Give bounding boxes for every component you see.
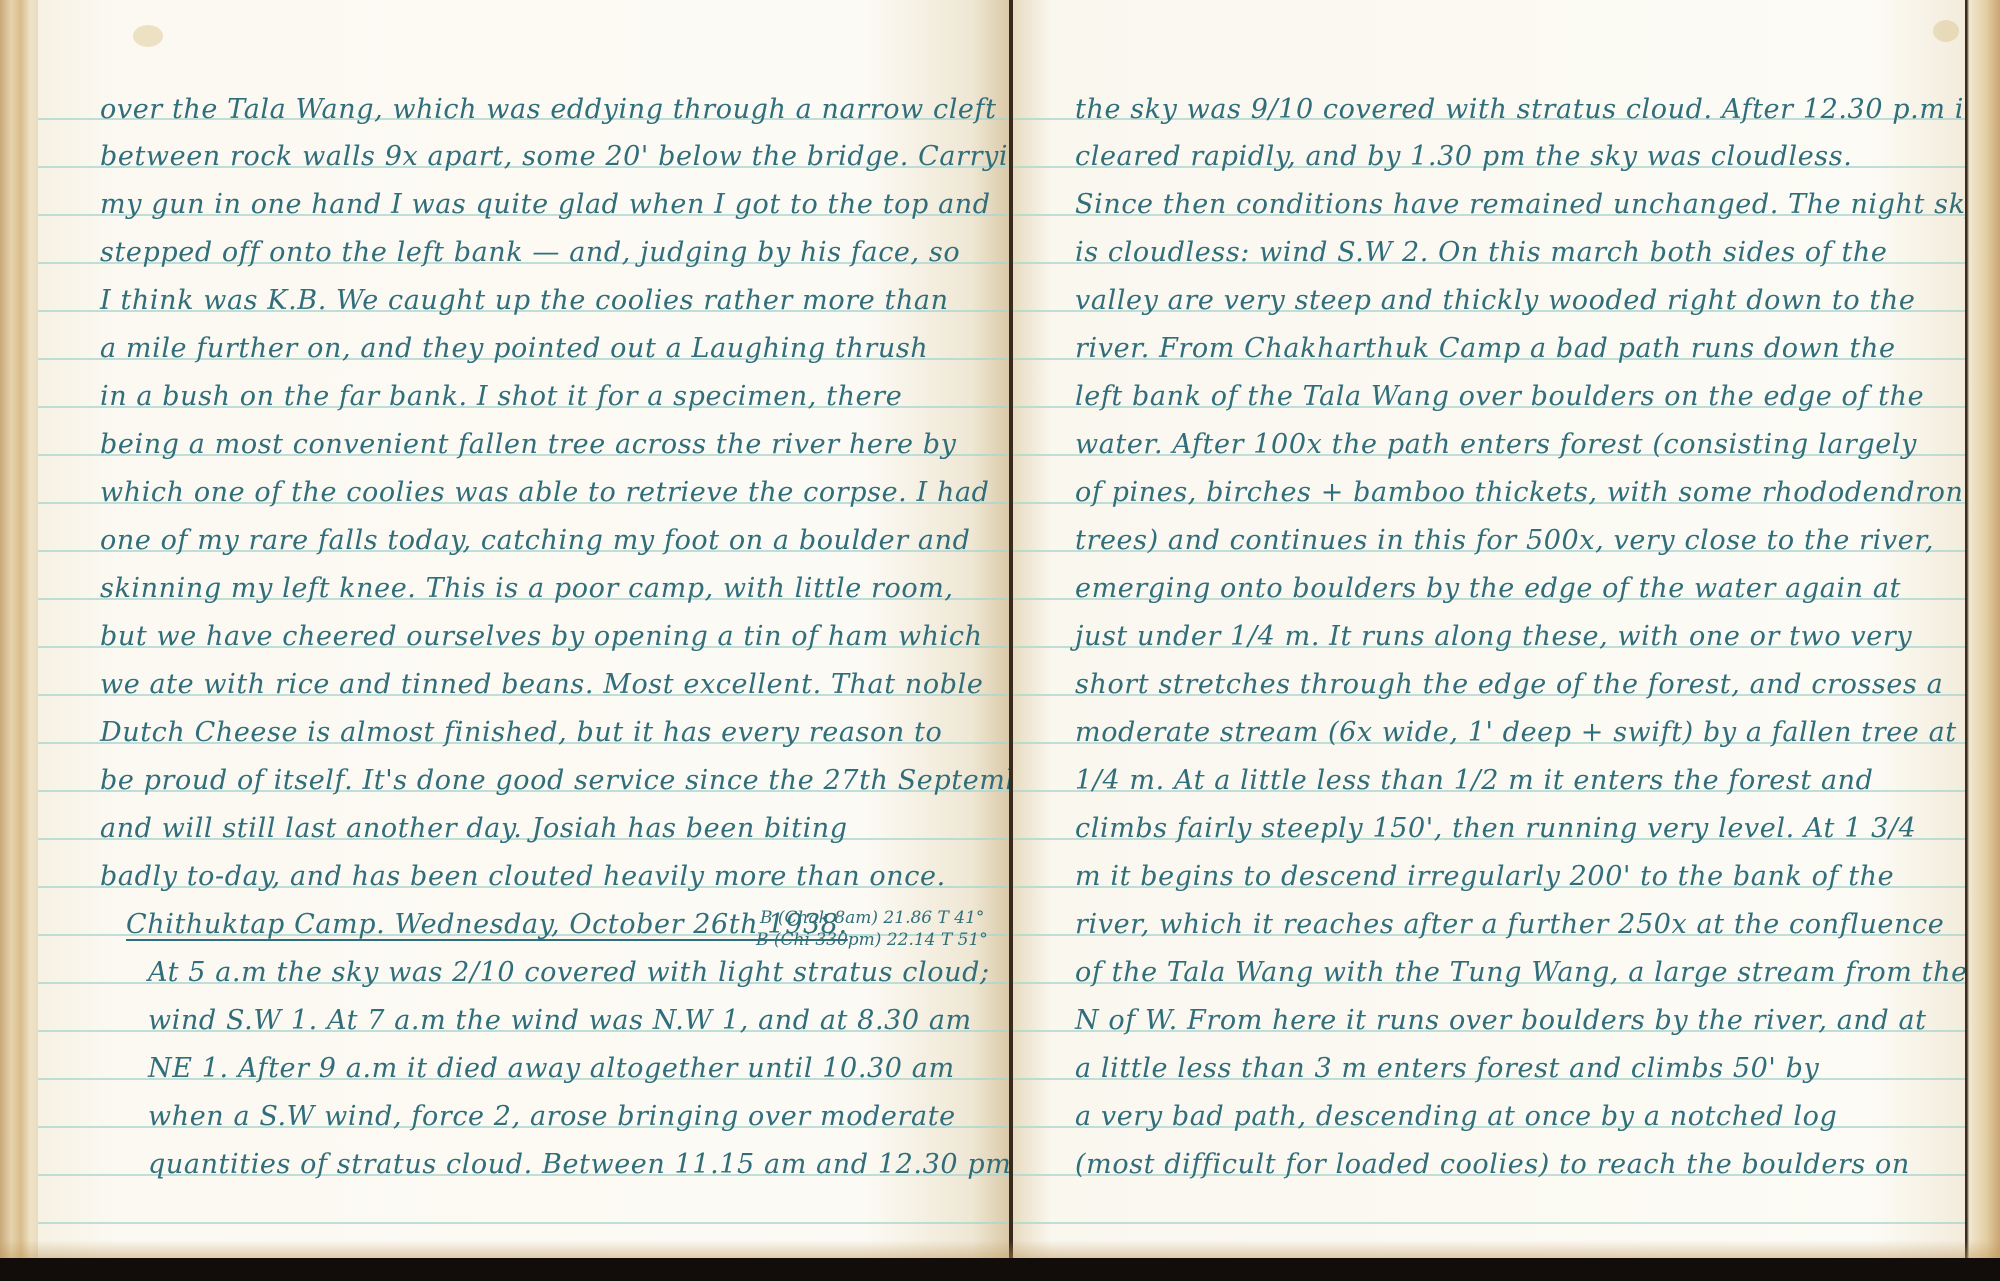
ruled-line xyxy=(38,1222,1011,1224)
text-line: moderate stream (6x wide, 1' deep + swif… xyxy=(1075,717,1957,748)
text-line: climbs fairly steeply 150', then running… xyxy=(1075,813,1916,844)
background-surface xyxy=(0,1258,2000,1281)
text-line: stepped off onto the left bank — and, ju… xyxy=(100,237,960,268)
page-stack-left-edge xyxy=(0,0,38,1258)
text-line: we ate with rice and tinned beans. Most … xyxy=(100,669,983,700)
text-line: of pines, birches + bamboo thickets, wit… xyxy=(1075,477,1963,508)
text-line: N of W. From here it runs over boulders … xyxy=(1075,1005,1927,1036)
text-line: badly to-day, and has been clouted heavi… xyxy=(100,861,946,892)
text-line: be proud of itself. It's done good servi… xyxy=(100,765,1011,796)
text-line: a little less than 3 m enters forest and… xyxy=(1075,1053,1819,1084)
text-line: left bank of the Tala Wang over boulders… xyxy=(1075,381,1924,412)
text-line: short stretches through the edge of the … xyxy=(1075,669,1943,700)
text-line: between rock walls 9x apart, some 20' be… xyxy=(100,141,1011,172)
text-line: Dutch Cheese is almost finished, but it … xyxy=(100,717,942,748)
text-line: NE 1. After 9 a.m it died away altogethe… xyxy=(148,1053,955,1084)
text-line: m it begins to descend irregularly 200' … xyxy=(1075,861,1894,892)
page-stack-right-edge xyxy=(1965,0,2000,1258)
text-line: a mile further on, and they pointed out … xyxy=(100,333,928,364)
text-line: in a bush on the far bank. I shot it for… xyxy=(100,381,902,412)
text-line: emerging onto boulders by the edge of th… xyxy=(1075,573,1901,604)
text-line: which one of the coolies was able to ret… xyxy=(100,477,990,508)
text-line: (most difficult for loaded coolies) to r… xyxy=(1075,1149,1910,1180)
text-line: river, which it reaches after a further … xyxy=(1075,909,1944,940)
text-line: one of my rare falls today, catching my … xyxy=(100,525,971,556)
text-line: 1/4 m. At a little less than 1/2 m it en… xyxy=(1075,765,1874,796)
text-line: Since then conditions have remained unch… xyxy=(1075,189,1965,220)
text-line: my gun in one hand I was quite glad when… xyxy=(100,189,991,220)
text-line: quantities of stratus cloud. Between 11.… xyxy=(148,1149,1011,1180)
entry-heading-date: Chithuktap Camp. Wednesday, October 26th… xyxy=(126,909,848,940)
text-line: trees) and continues in this for 500x, v… xyxy=(1075,525,1934,556)
text-line: skinning my left knee. This is a poor ca… xyxy=(100,573,954,604)
paper-stain xyxy=(133,25,163,47)
text-line: just under 1/4 m. It runs along these, w… xyxy=(1075,621,1912,652)
text-line: cleared rapidly, and by 1.30 pm the sky … xyxy=(1075,141,1852,172)
text-line: water. After 100x the path enters forest… xyxy=(1075,429,1917,460)
text-line: but we have cheered ourselves by opening… xyxy=(100,621,983,652)
text-line: when a S.W wind, force 2, arose bringing… xyxy=(148,1101,956,1132)
open-notebook: over the Tala Wang, which was eddying th… xyxy=(0,0,2000,1258)
text-line: of the Tala Wang with the Tung Wang, a l… xyxy=(1075,957,1965,988)
paper-stain xyxy=(1933,20,1959,42)
text-line: the sky was 9/10 covered with stratus cl… xyxy=(1075,94,1965,125)
text-line: river. From Chakharthuk Camp a bad path … xyxy=(1075,333,1896,364)
barometer-reading-afternoon: B (Chi 330pm) 22.14 T 51° xyxy=(756,930,988,950)
text-line: and will still last another day. Josiah … xyxy=(100,813,848,844)
text-line: being a most convenient fallen tree acro… xyxy=(100,429,957,460)
left-page: over the Tala Wang, which was eddying th… xyxy=(38,0,1011,1258)
text-line: I think was K.B. We caught up the coolie… xyxy=(100,285,949,316)
right-page: the sky was 9/10 covered with stratus cl… xyxy=(1013,0,1965,1258)
ruled-line xyxy=(1013,1222,1965,1224)
text-line: over the Tala Wang, which was eddying th… xyxy=(100,94,997,125)
text-line: valley are very steep and thickly wooded… xyxy=(1075,285,1915,316)
barometer-reading-morning: B (Chak 8am) 21.86 T 41° xyxy=(760,908,984,928)
page-bottom-shading xyxy=(0,1240,2000,1258)
text-line: is cloudless: wind S.W 2. On this march … xyxy=(1075,237,1887,268)
text-line: a very bad path, descending at once by a… xyxy=(1075,1101,1837,1132)
text-line: At 5 a.m the sky was 2/10 covered with l… xyxy=(148,957,990,988)
text-line: wind S.W 1. At 7 a.m the wind was N.W 1,… xyxy=(148,1005,972,1036)
